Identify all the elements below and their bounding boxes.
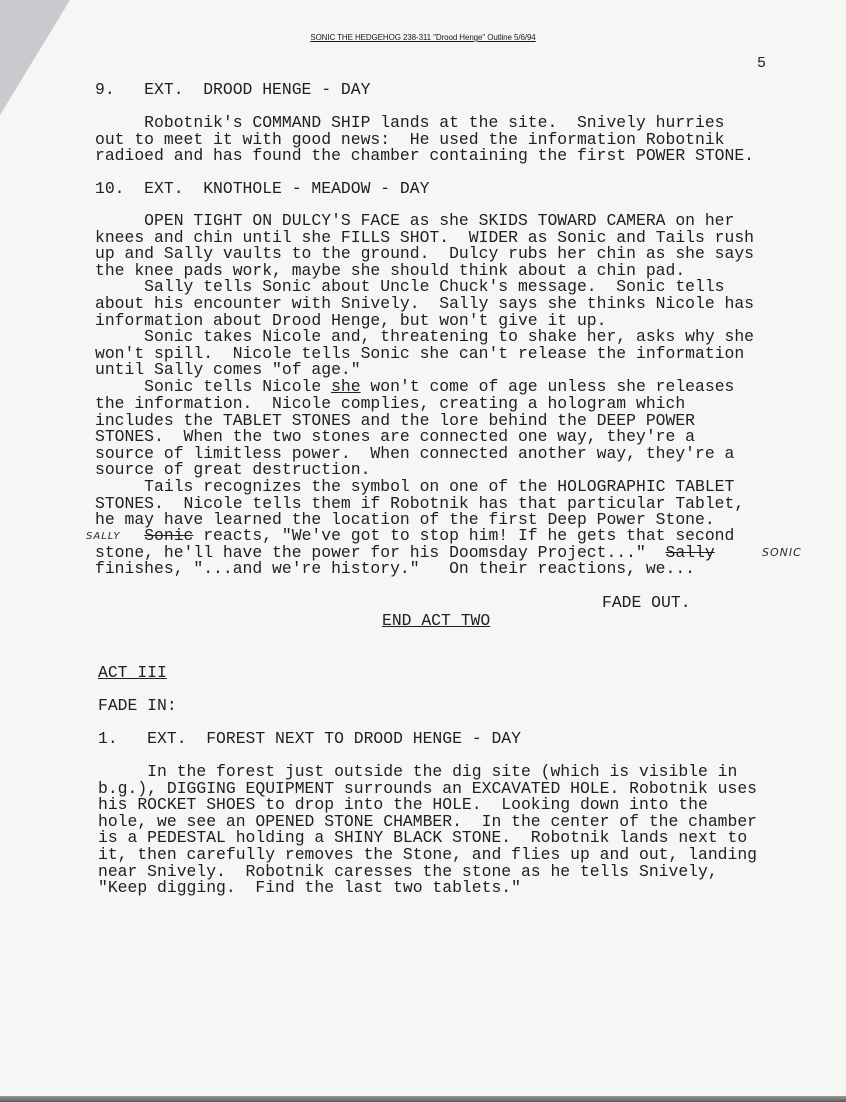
page-number: 5: [757, 55, 766, 72]
page-bottom-edge: [0, 1096, 846, 1102]
scene-10-last-line: finishes, "...and we're history." On the…: [95, 561, 695, 578]
handwritten-edit-sonic: SONIC: [762, 546, 802, 559]
document-header: SONIC THE HEDGEHOG 238-311 "Drood Henge"…: [0, 33, 846, 42]
scene-heading-10: 10. EXT. KNOTHOLE - MEADOW - DAY: [95, 181, 429, 198]
fade-in: FADE IN:: [98, 698, 177, 715]
act-three-title: ACT III: [98, 665, 167, 682]
transition-fade-out: FADE OUT.: [602, 595, 691, 612]
scene-heading-act3-1: 1. EXT. FOREST NEXT TO DROOD HENGE - DAY: [98, 731, 521, 748]
text-line: radioed and has found the chamber contai…: [95, 148, 754, 165]
scene-heading-9: 9. EXT. DROOD HENGE - DAY: [95, 82, 370, 99]
text-line: "Keep digging. Find the last two tablets…: [98, 880, 521, 897]
end-act-two: END ACT TWO: [382, 613, 490, 630]
